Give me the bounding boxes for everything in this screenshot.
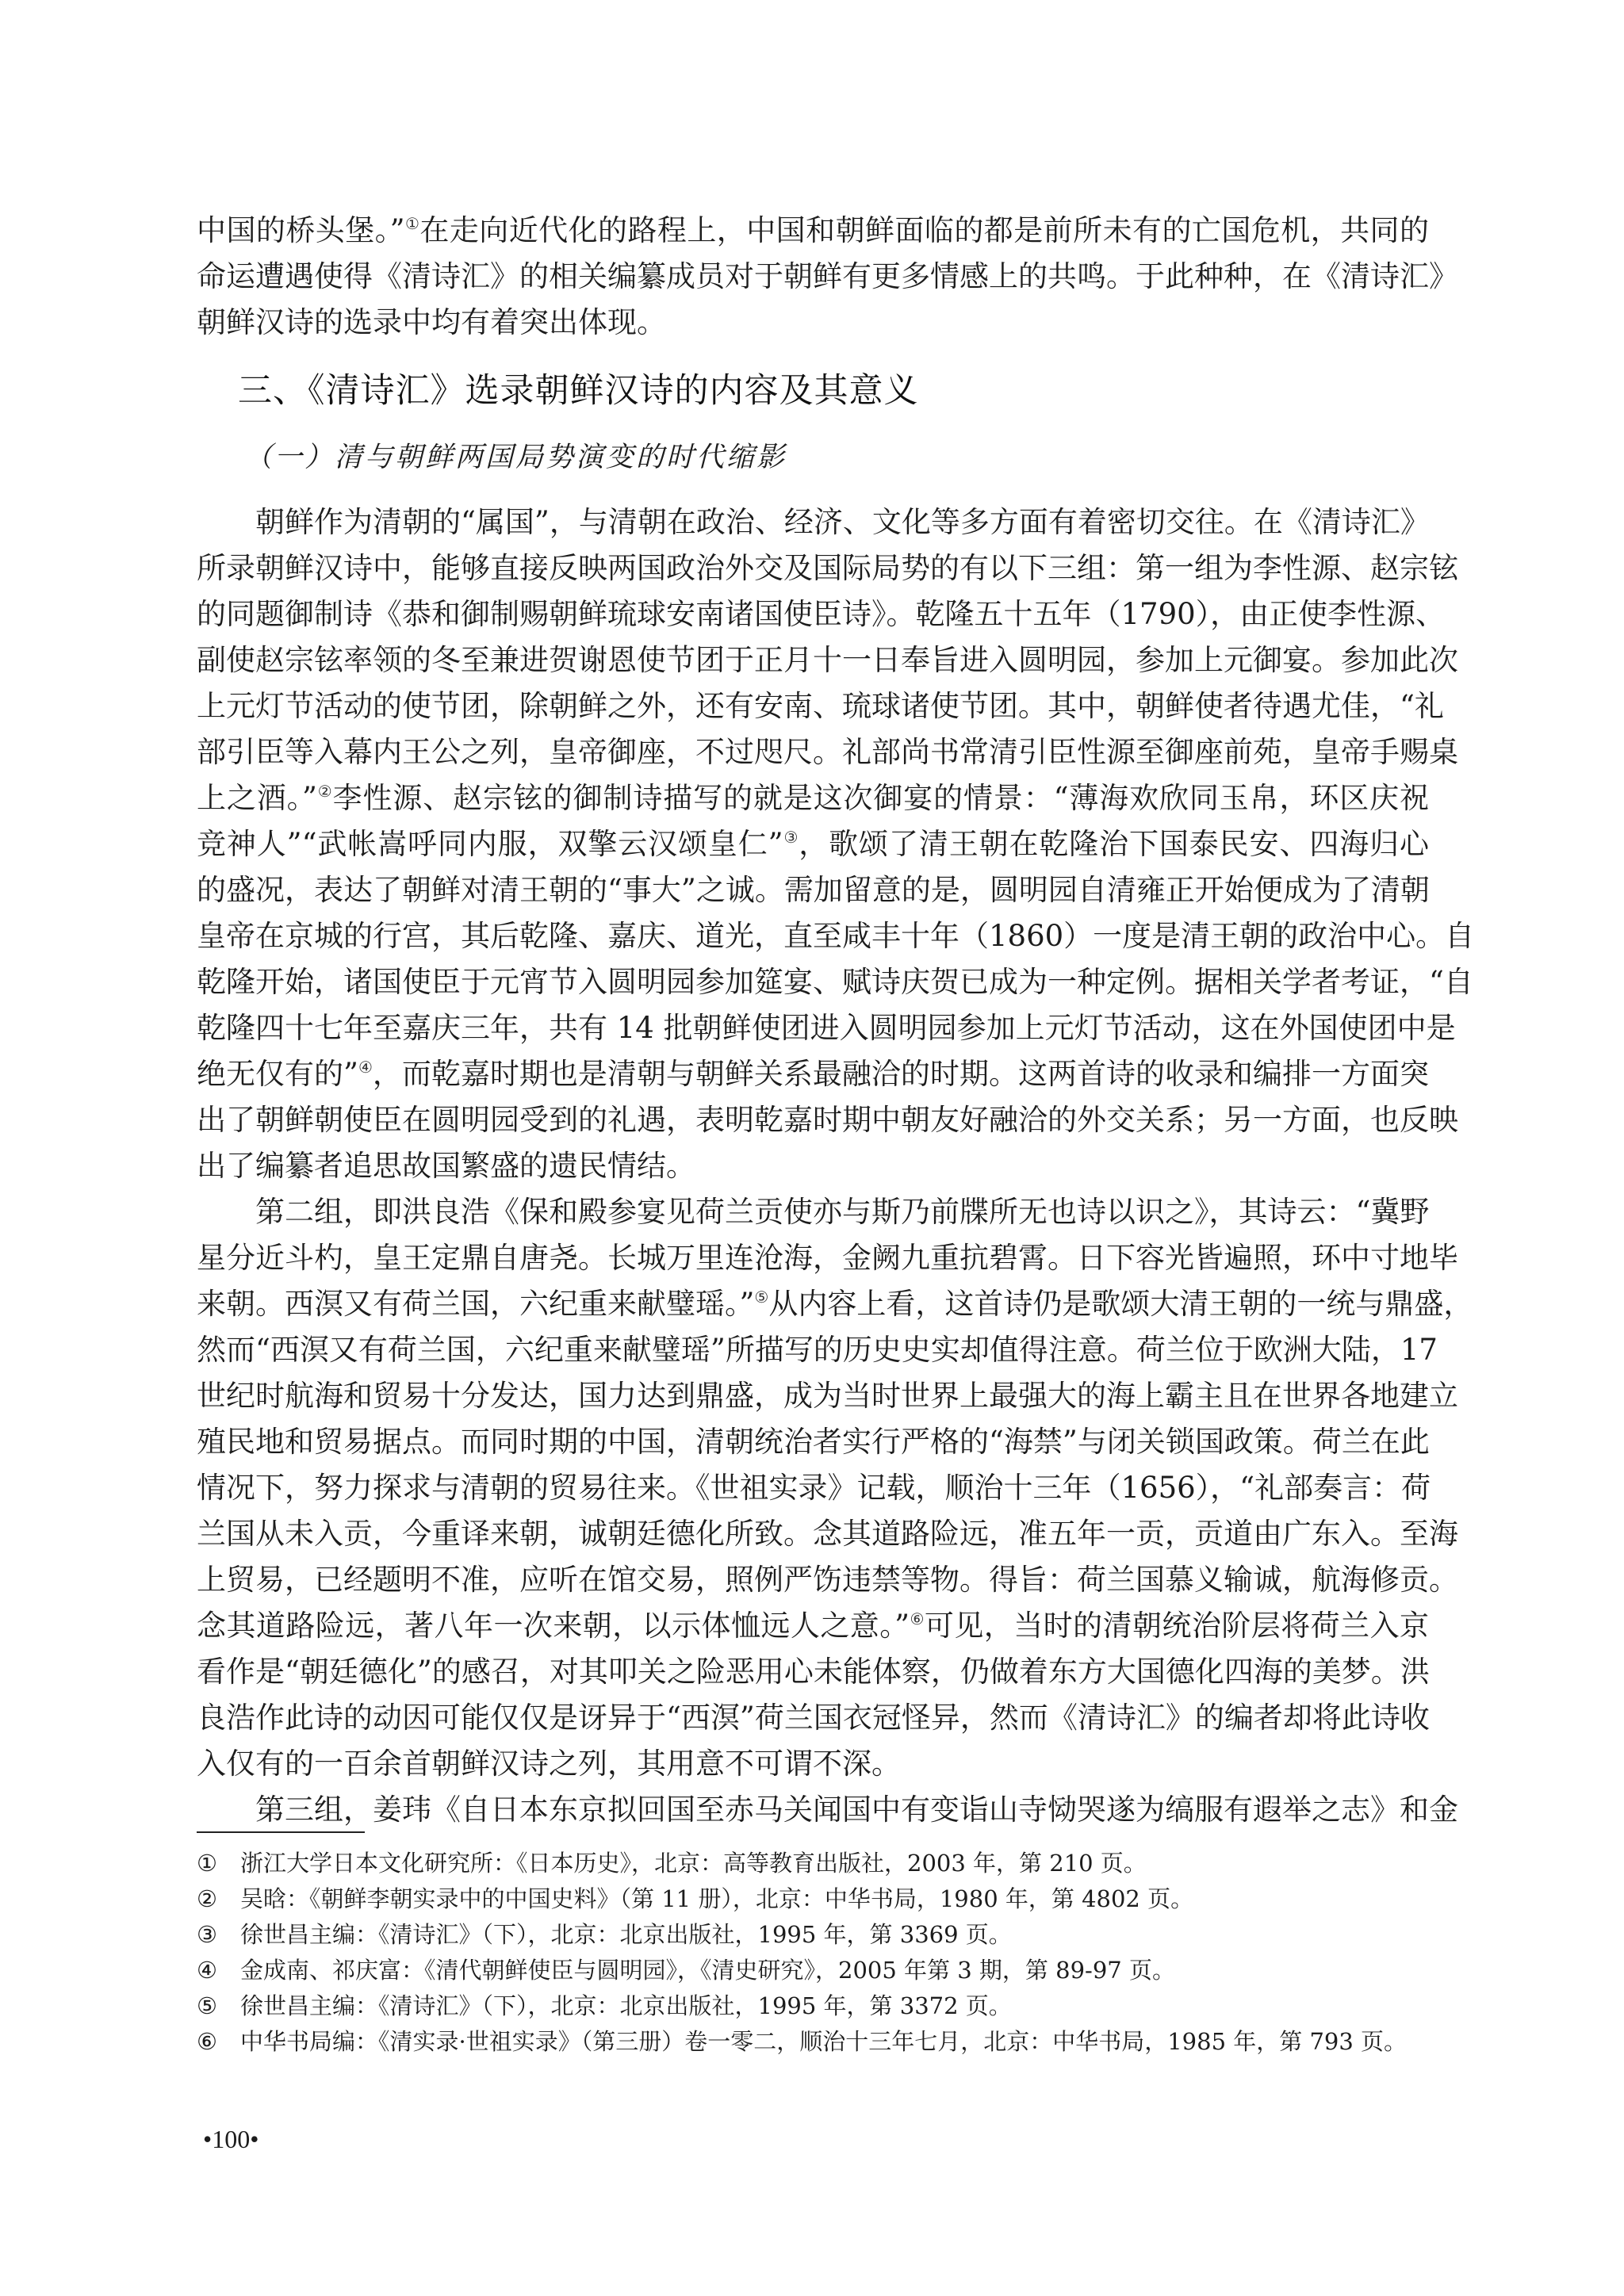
line-text: 念其道路险远，著八年一次来朝，以示体恤远人之意。” (197, 1609, 910, 1643)
paragraph-intro: 中国的桥头堡。”①在走向近代化的路程上，中国和朝鲜面临的都是前所未有的亡国危机，… (197, 208, 1429, 346)
text-line: 上之酒。”②李性源、赵宗铉的御制诗描写的就是这次御宴的情景：“薄海欢欣同玉帛，环… (197, 775, 1429, 821)
footnote-text: 浙江大学日本文化研究所：《日本历史》，北京：高等教育出版社，2003 年，第 2… (240, 1846, 1147, 1881)
text-line: 上元灯节活动的使节团，除朝鲜之外，还有安南、琉球诸使节团。其中，朝鲜使者待遇尤佳… (197, 683, 1429, 729)
footnote-mark: ④ (197, 1953, 240, 1988)
line-text: 中国的桥头堡。” (197, 213, 405, 247)
footnotes: ①浙江大学日本文化研究所：《日本历史》，北京：高等教育出版社，2003 年，第 … (197, 1846, 1434, 2060)
footnote-item: ②吴晗：《朝鲜李朝实录中的中国史料》（第 11 册），北京：中华书局，1980 … (197, 1881, 1434, 1917)
text-line: 命运遭遇使得《清诗汇》的相关编纂成员对于朝鲜有更多情感上的共鸣。于此种种，在《清… (197, 254, 1429, 300)
footnote-item: ④金成南、祁庆富：《清代朝鲜使臣与圆明园》，《清史研究》，2005 年第 3 期… (197, 1953, 1434, 1988)
line-text: 来朝。西溟又有荷兰国，六纪重来献璧瑶。” (197, 1287, 754, 1321)
text-line: 乾隆四十七年至嘉庆三年，共有 14 批朝鲜使团进入圆明园参加上元灯节活动，这在外… (197, 1005, 1429, 1051)
footnote-ref[interactable]: ④ (358, 1058, 373, 1077)
text-line: 朝鲜作为清朝的“属国”，与清朝在政治、经济、文化等多方面有着密切交往。在《清诗汇… (197, 499, 1429, 545)
line-text: 在走向近代化的路程上，中国和朝鲜面临的都是前所未有的亡国危机，共同的 (419, 213, 1429, 247)
footnote-text: 吴晗：《朝鲜李朝实录中的中国史料》（第 11 册），北京：中华书局，1980 年… (240, 1881, 1193, 1917)
text-line: 朝鲜汉诗的选录中均有着突出体现。 (197, 300, 1429, 346)
text-line: 中国的桥头堡。”①在走向近代化的路程上，中国和朝鲜面临的都是前所未有的亡国危机，… (197, 208, 1429, 254)
paragraph-1: 朝鲜作为清朝的“属国”，与清朝在政治、经济、文化等多方面有着密切交往。在《清诗汇… (197, 499, 1429, 1189)
sub-heading: （一）清与朝鲜两国局势演变的时代缩影 (244, 434, 1429, 480)
footnote-mark: ⑥ (197, 2024, 240, 2060)
text-line: 所录朝鲜汉诗中，能够直接反映两国政治外交及国际局势的有以下三组：第一组为李性源、… (197, 545, 1429, 591)
footnote-item: ⑥中华书局编：《清实录·世祖实录》（第三册）卷一零二，顺治十三年七月，北京：中华… (197, 2024, 1434, 2060)
footnote-item: ③徐世昌主编：《清诗汇》（下），北京：北京出版社，1995 年，第 3369 页… (197, 1917, 1434, 1953)
text-line: 出了朝鲜朝使臣在圆明园受到的礼遇，表明乾嘉时期中朝友好融洽的外交关系；另一方面，… (197, 1097, 1429, 1143)
text-line: 乾隆开始，诸国使臣于元宵节入圆明园参加筵宴、赋诗庆贺已成为一种定例。据相关学者考… (197, 959, 1429, 1005)
page-body: 中国的桥头堡。”①在走向近代化的路程上，中国和朝鲜面临的都是前所未有的亡国危机，… (197, 208, 1429, 1833)
footnote-ref[interactable]: ③ (783, 828, 799, 847)
text-line: 副使赵宗铉率领的冬至兼进贺谢恩使节团于正月十一日奉旨进入圆明园，参加上元御宴。参… (197, 637, 1429, 683)
text-line: 竞神人”“武帐嵩呼同内服，双擎云汉颂皇仁”③，歌颂了清王朝在乾隆治下国泰民安、四… (197, 821, 1429, 867)
text-line: 星分近斗杓，皇王定鼎自唐尧。长城万里连沧海，金阙九重抗碧霄。日下容光皆遍照，环中… (197, 1235, 1429, 1281)
footnote-mark: ⑤ (197, 1988, 240, 2024)
text-line: 第二组，即洪良浩《保和殿参宴见荷兰贡使亦与斯乃前牒所无也诗以识之》，其诗云：“冀… (197, 1189, 1429, 1235)
footnote-ref[interactable]: ⑤ (754, 1288, 768, 1307)
text-line: 出了编纂者追思故国繁盛的遗民情结。 (197, 1143, 1429, 1189)
text-line: 皇帝在京城的行宫，其后乾隆、嘉庆、道光，直至咸丰十年（1860）一度是清王朝的政… (197, 913, 1429, 959)
text-line: 上贸易，已经题明不准，应听在馆交易，照例严饬违禁等物。得旨：荷兰国慕义输诚，航海… (197, 1557, 1429, 1603)
footnote-ref[interactable]: ② (317, 782, 333, 801)
text-line: 的同题御制诗《恭和御制赐朝鲜琉球安南诸国使臣诗》。乾隆五十五年（1790），由正… (197, 591, 1429, 637)
line-text: 李性源、赵宗铉的御制诗描写的就是这次御宴的情景：“薄海欢欣同玉帛，环区庆祝 (333, 781, 1429, 815)
text-line: 殖民地和贸易据点。而同时期的中国，清朝统治者实行严格的“海禁”与闭关锁国政策。荷… (197, 1419, 1429, 1465)
text-line: 然而“西溟又有荷兰国，六纪重来献璧瑶”所描写的历史史实却值得注意。荷兰位于欧洲大… (197, 1327, 1429, 1373)
page-number: •100• (203, 2125, 259, 2154)
line-text: 上之酒。” (197, 781, 317, 815)
text-line: 念其道路险远，著八年一次来朝，以示体恤远人之意。”⑥可见，当时的清朝统治阶层将荷… (197, 1603, 1429, 1649)
text-line: 兰国从未入贡，今重译来朝，诚朝廷德化所致。念其道路险远，准五年一贡，贡道由广东入… (197, 1511, 1429, 1557)
paragraph-2: 第二组，即洪良浩《保和殿参宴见荷兰贡使亦与斯乃前牒所无也诗以识之》，其诗云：“冀… (197, 1189, 1429, 1787)
text-line: 世纪时航海和贸易十分发达，国力达到鼎盛，成为当时世界上最强大的海上霸主且在世界各… (197, 1373, 1429, 1419)
text-line: 入仅有的一百余首朝鲜汉诗之列，其用意不可谓不深。 (197, 1741, 1429, 1787)
footnote-text: 中华书局编：《清实录·世祖实录》（第三册）卷一零二，顺治十三年七月，北京：中华书… (240, 2024, 1407, 2060)
footnote-ref[interactable]: ⑥ (910, 1609, 925, 1628)
text-line: 部引臣等入幕内王公之列，皇帝御座，不过咫尺。礼部尚书常清引臣性源至御座前苑，皇帝… (197, 729, 1429, 775)
footnote-item: ①浙江大学日本文化研究所：《日本历史》，北京：高等教育出版社，2003 年，第 … (197, 1846, 1434, 1881)
text-line: 良浩作此诗的动因可能仅仅是讶异于“西溟”荷兰国衣冠怪异，然而《清诗汇》的编者却将… (197, 1695, 1429, 1741)
line-text: ，歌颂了清王朝在乾隆治下国泰民安、四海归心 (799, 827, 1429, 861)
line-text: 可见，当时的清朝统治阶层将荷兰入京 (925, 1609, 1429, 1643)
footnote-text: 徐世昌主编：《清诗汇》（下），北京：北京出版社，1995 年，第 3369 页。 (240, 1917, 1012, 1953)
line-text: 竞神人”“武帐嵩呼同内服，双擎云汉颂皇仁” (197, 827, 783, 861)
text-line: 第三组，姜玮《自日本东京拟回国至赤马关闻国中有变诣山寺恸哭遂为缟服有遐举之志》和… (197, 1787, 1429, 1833)
footnote-text: 徐世昌主编：《清诗汇》（下），北京：北京出版社，1995 年，第 3372 页。 (240, 1988, 1012, 2024)
text-line: 绝无仅有的”④，而乾嘉时期也是清朝与朝鲜关系最融洽的时期。这两首诗的收录和编排一… (197, 1051, 1429, 1097)
line-text: 绝无仅有的” (197, 1057, 358, 1091)
text-line: 看作是“朝廷德化”的感召，对其叩关之险恶用心未能体察，仍做着东方大国德化四海的美… (197, 1649, 1429, 1695)
text-line: 来朝。西溟又有荷兰国，六纪重来献璧瑶。”⑤从内容上看，这首诗仍是歌颂大清王朝的一… (197, 1281, 1429, 1327)
footnote-item: ⑤徐世昌主编：《清诗汇》（下），北京：北京出版社，1995 年，第 3372 页… (197, 1988, 1434, 2024)
footnote-separator (197, 1831, 365, 1833)
line-text: ，而乾嘉时期也是清朝与朝鲜关系最融洽的时期。这两首诗的收录和编排一方面突 (373, 1057, 1429, 1091)
section-heading: 三、《清诗汇》选录朝鲜汉诗的内容及其意义 (238, 368, 1429, 414)
footnote-mark: ③ (197, 1917, 240, 1953)
paragraph-3: 第三组，姜玮《自日本东京拟回国至赤马关闻国中有变诣山寺恸哭遂为缟服有遐举之志》和… (197, 1787, 1429, 1833)
footnote-text: 金成南、祁庆富：《清代朝鲜使臣与圆明园》，《清史研究》，2005 年第 3 期，… (240, 1953, 1175, 1988)
line-text: 从内容上看，这首诗仍是歌颂大清王朝的一统与鼎盛， (768, 1287, 1473, 1321)
footnote-mark: ① (197, 1846, 240, 1881)
text-line: 情况下，努力探求与清朝的贸易往来。《世祖实录》记载，顺治十三年（1656），“礼… (197, 1465, 1429, 1511)
footnote-ref[interactable]: ① (405, 214, 420, 233)
footnote-mark: ② (197, 1881, 240, 1917)
text-line: 的盛况，表达了朝鲜对清王朝的“事大”之诚。需加留意的是，圆明园自清雍正开始便成为… (197, 867, 1429, 913)
